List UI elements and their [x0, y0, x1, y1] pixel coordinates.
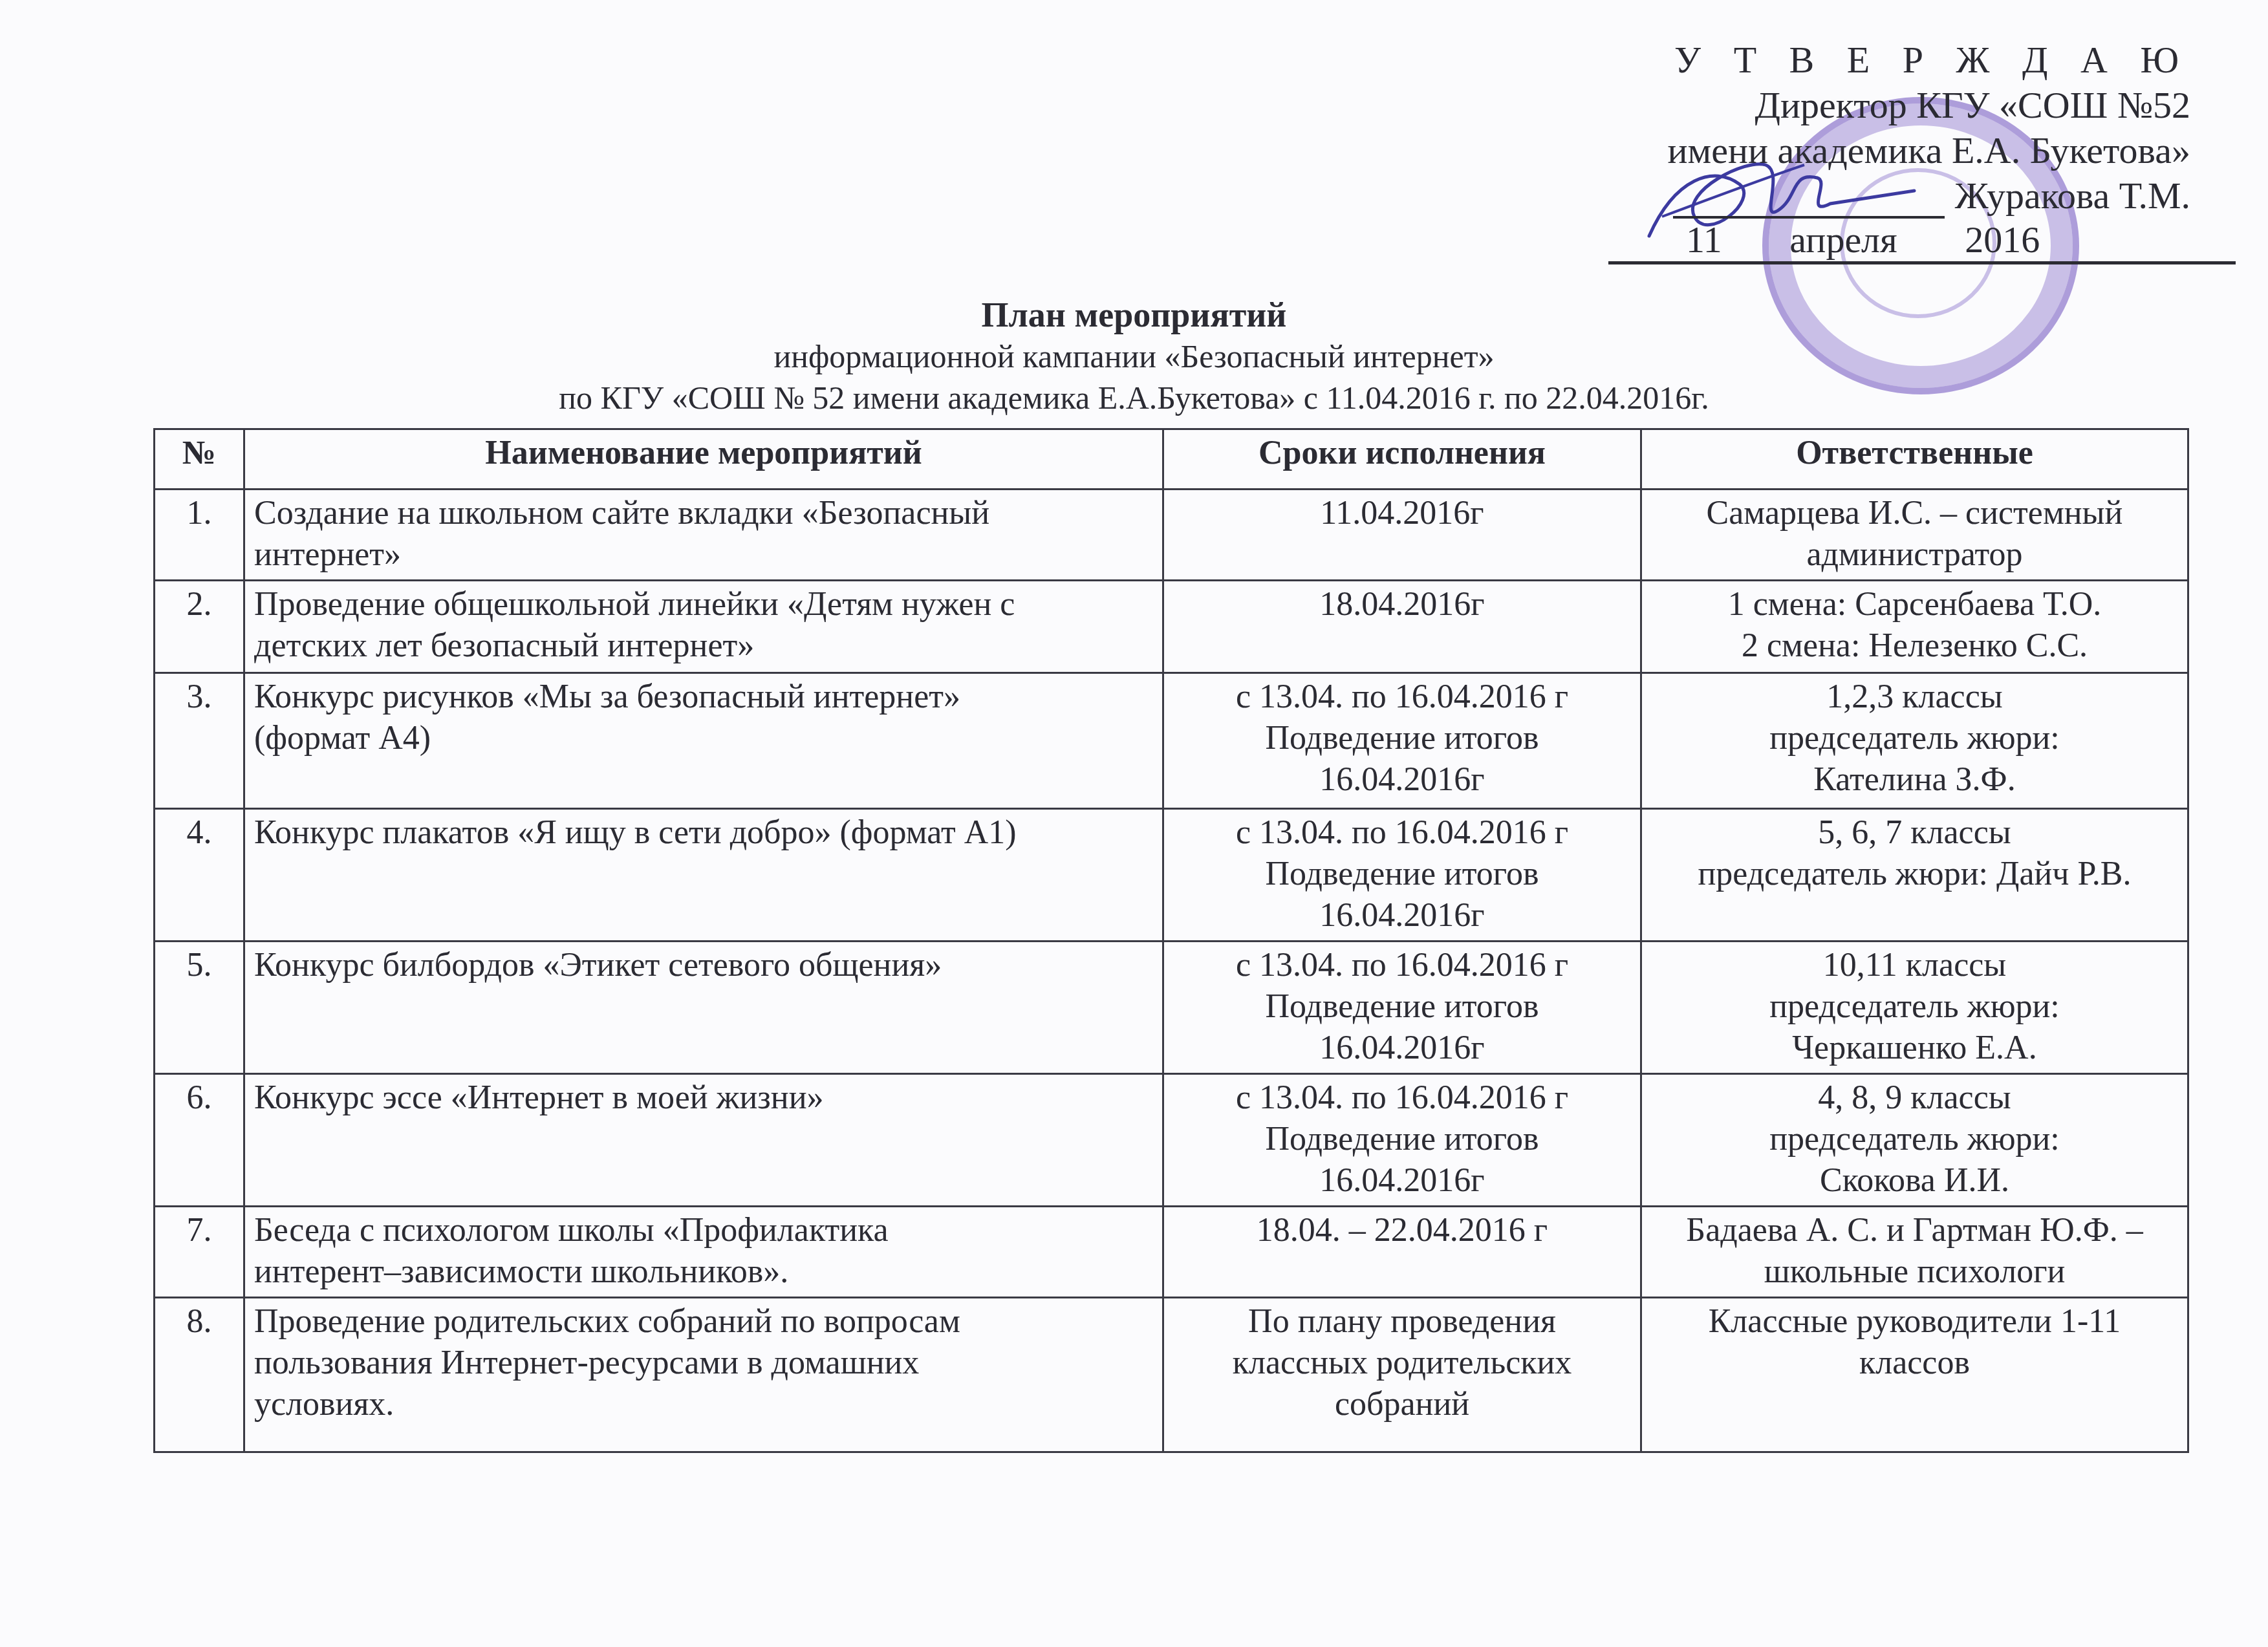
cell-event-name: Беседа с психологом школы «Профилактикаи…	[244, 1207, 1163, 1298]
cell-responsible-line: администратор	[1651, 534, 2178, 576]
cell-number: 7.	[155, 1207, 244, 1298]
approval-position-line1: Директор КГУ «СОШ №52	[1608, 83, 2190, 128]
cell-responsible-line: председатель жюри: Дайч Р.В.	[1651, 854, 2178, 895]
cell-event-name-line: Конкурс билбордов «Этикет сетевого общен…	[254, 945, 1153, 986]
document-title: План мероприятий информационной кампании…	[0, 294, 2268, 418]
cell-deadline-line: 16.04.2016г	[1173, 1028, 1631, 1069]
table-row: 8.Проведение родительских собраний по во…	[155, 1298, 2188, 1452]
cell-event-name-line: интернет»	[254, 534, 1153, 576]
cell-responsible-line: Бадаева А. С. и Гартман Ю.Ф. –	[1651, 1210, 2178, 1251]
cell-deadline: с 13.04. по 16.04.2016 гПодведение итого…	[1163, 809, 1641, 942]
cell-deadline: с 13.04. по 16.04.2016 гПодведение итого…	[1163, 942, 1641, 1074]
cell-responsible-line: 5, 6, 7 классы	[1651, 812, 2178, 854]
cell-event-name-line: Проведение общешкольной линейки «Детям н…	[254, 584, 1153, 625]
cell-event-name: Проведение родительских собраний по вопр…	[244, 1298, 1163, 1452]
cell-deadline: 11.04.2016г	[1163, 490, 1641, 581]
cell-responsible: 1,2,3 классыпредседатель жюри:Кателина З…	[1641, 673, 2188, 809]
cell-responsible-line: Скокова И.И.	[1651, 1160, 2178, 1201]
cell-number: 3.	[155, 673, 244, 809]
cell-event-name: Создание на школьном сайте вкладки «Безо…	[244, 490, 1163, 581]
cell-number: 2.	[155, 581, 244, 673]
cell-event-name-line: Конкурс рисунков «Мы за безопасный интер…	[254, 676, 1153, 718]
cell-responsible: Классные руководители 1-11классов	[1641, 1298, 2188, 1452]
header-number: №	[155, 429, 244, 490]
cell-event-name-line: условиях.	[254, 1384, 1153, 1425]
cell-deadline: с 13.04. по 16.04.2016 гПодведение итого…	[1163, 1074, 1641, 1207]
table-header-row: № Наименование мероприятий Сроки исполне…	[155, 429, 2188, 490]
approval-heading: У Т В Е Р Ж Д А Ю	[1608, 38, 2190, 83]
header-responsible: Ответственные	[1641, 429, 2188, 490]
cell-responsible-line: 4, 8, 9 классы	[1651, 1077, 2178, 1119]
header-deadline: Сроки исполнения	[1163, 429, 1641, 490]
cell-deadline-line: 18.04.2016г	[1173, 584, 1631, 625]
signature-line: Журакова Т.М.	[1608, 173, 2190, 219]
header-event-name: Наименование мероприятий	[244, 429, 1163, 490]
cell-event-name-line: Конкурс эссе «Интернет в моей жизни»	[254, 1077, 1153, 1119]
cell-event-name-line: (формат А4)	[254, 718, 1153, 759]
cell-deadline-line: с 13.04. по 16.04.2016 г	[1173, 945, 1631, 986]
table-row: 5.Конкурс билбордов «Этикет сетевого общ…	[155, 942, 2188, 1074]
cell-responsible-line: председатель жюри:	[1651, 986, 2178, 1028]
title-main: План мероприятий	[0, 294, 2268, 336]
table-row: 3.Конкурс рисунков «Мы за безопасный инт…	[155, 673, 2188, 809]
title-scope: по КГУ «СОШ № 52 имени академика Е.А.Бук…	[0, 377, 2268, 418]
cell-deadline-line: 18.04. – 22.04.2016 г	[1173, 1210, 1631, 1251]
table-row: 7.Беседа с психологом школы «Профилактик…	[155, 1207, 2188, 1298]
approval-block: У Т В Е Р Ж Д А Ю Директор КГУ «СОШ №52 …	[1608, 38, 2190, 264]
date-year: 2016	[1965, 219, 2040, 261]
cell-responsible: 4, 8, 9 классыпредседатель жюри:Скокова …	[1641, 1074, 2188, 1207]
cell-event-name-line: пользования Интернет-ресурсами в домашни…	[254, 1342, 1153, 1384]
cell-event-name: Конкурс эссе «Интернет в моей жизни»	[244, 1074, 1163, 1207]
approval-position-line2: имени академика Е.А. Букетова»	[1608, 128, 2190, 173]
cell-number: 8.	[155, 1298, 244, 1452]
cell-responsible: Самарцева И.С. – системныйадминистратор	[1641, 490, 2188, 581]
cell-responsible-line: Черкашенко Е.А.	[1651, 1028, 2178, 1069]
signatory-name: Журакова Т.М.	[1955, 173, 2190, 219]
cell-deadline-line: 16.04.2016г	[1173, 1160, 1631, 1201]
cell-deadline-line: По плану проведения	[1173, 1301, 1631, 1342]
date-month: апреля	[1789, 219, 1897, 261]
cell-event-name: Проведение общешкольной линейки «Детям н…	[244, 581, 1163, 673]
cell-event-name-line: детских лет безопасный интернет»	[254, 625, 1153, 667]
cell-deadline-line: с 13.04. по 16.04.2016 г	[1173, 812, 1631, 854]
date-day: 11	[1686, 219, 1722, 261]
cell-deadline-line: 16.04.2016г	[1173, 895, 1631, 936]
cell-responsible: 1 смена: Сарсенбаева Т.О.2 смена: Нелезе…	[1641, 581, 2188, 673]
cell-deadline: 18.04.2016г	[1163, 581, 1641, 673]
cell-deadline-line: с 13.04. по 16.04.2016 г	[1173, 676, 1631, 718]
cell-responsible-line: классов	[1651, 1342, 2178, 1384]
cell-event-name: Конкурс билбордов «Этикет сетевого общен…	[244, 942, 1163, 1074]
cell-event-name-line: Создание на школьном сайте вкладки «Безо…	[254, 493, 1153, 534]
cell-responsible-line: Самарцева И.С. – системный	[1651, 493, 2178, 534]
cell-responsible: 5, 6, 7 классыпредседатель жюри: Дайч Р.…	[1641, 809, 2188, 942]
cell-responsible-line: школьные психологи	[1651, 1251, 2178, 1293]
cell-responsible-line: Кателина З.Ф.	[1651, 759, 2178, 801]
cell-event-name: Конкурс плакатов «Я ищу в сети добро» (ф…	[244, 809, 1163, 942]
cell-event-name-line: интерент–зависимости школьников».	[254, 1251, 1153, 1293]
cell-event-name-line: Проведение родительских собраний по вопр…	[254, 1301, 1153, 1342]
cell-event-name: Конкурс рисунков «Мы за безопасный интер…	[244, 673, 1163, 809]
table-row: 2.Проведение общешкольной линейки «Детям…	[155, 581, 2188, 673]
cell-number: 6.	[155, 1074, 244, 1207]
cell-deadline-line: 16.04.2016г	[1173, 759, 1631, 801]
cell-number: 4.	[155, 809, 244, 942]
cell-deadline-line: Подведение итогов	[1173, 854, 1631, 895]
cell-responsible-line: Классные руководители 1-11	[1651, 1301, 2178, 1342]
table-row: 1.Создание на школьном сайте вкладки «Бе…	[155, 490, 2188, 581]
cell-responsible-line: председатель жюри:	[1651, 718, 2178, 759]
cell-responsible: Бадаева А. С. и Гартман Ю.Ф. –школьные п…	[1641, 1207, 2188, 1298]
cell-number: 1.	[155, 490, 244, 581]
cell-deadline-line: собраний	[1173, 1384, 1631, 1425]
cell-responsible-line: 1 смена: Сарсенбаева Т.О.	[1651, 584, 2178, 625]
cell-deadline-line: Подведение итогов	[1173, 1119, 1631, 1160]
cell-deadline: 18.04. – 22.04.2016 г	[1163, 1207, 1641, 1298]
cell-event-name-line: Конкурс плакатов «Я ищу в сети добро» (ф…	[254, 812, 1153, 854]
cell-deadline-line: классных родительских	[1173, 1342, 1631, 1384]
cell-responsible-line: 1,2,3 классы	[1651, 676, 2178, 718]
cell-deadline-line: 11.04.2016г	[1173, 493, 1631, 534]
events-table: № Наименование мероприятий Сроки исполне…	[153, 428, 2189, 1453]
cell-deadline-line: Подведение итогов	[1173, 986, 1631, 1028]
table-row: 4.Конкурс плакатов «Я ищу в сети добро» …	[155, 809, 2188, 942]
cell-responsible-line: 2 смена: Нелезенко С.С.	[1651, 625, 2178, 667]
cell-number: 5.	[155, 942, 244, 1074]
cell-deadline-line: Подведение итогов	[1173, 718, 1631, 759]
cell-deadline-line: с 13.04. по 16.04.2016 г	[1173, 1077, 1631, 1119]
title-subtitle: информационной кампании «Безопасный инте…	[0, 336, 2268, 377]
cell-event-name-line: Беседа с психологом школы «Профилактика	[254, 1210, 1153, 1251]
table-row: 6.Конкурс эссе «Интернет в моей жизни»с …	[155, 1074, 2188, 1207]
cell-responsible: 10,11 классыпредседатель жюри:Черкашенко…	[1641, 942, 2188, 1074]
cell-responsible-line: председатель жюри:	[1651, 1119, 2178, 1160]
approval-date: 11 апреля 2016	[1608, 219, 2236, 264]
cell-deadline: с 13.04. по 16.04.2016 гПодведение итого…	[1163, 673, 1641, 809]
cell-deadline: По плану проведенияклассных родительских…	[1163, 1298, 1641, 1452]
cell-responsible-line: 10,11 классы	[1651, 945, 2178, 986]
